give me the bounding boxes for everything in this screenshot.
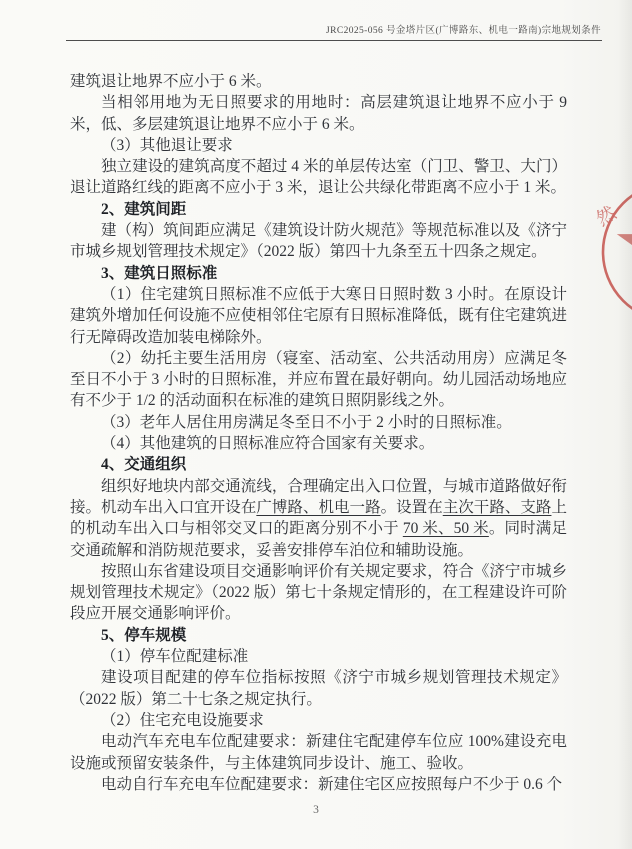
text-run: 独立建设的建筑高度不超过 4 米的单层传达室（门卫、警卫、大门）退让道路红线的距… bbox=[70, 158, 567, 196]
paragraph: （2）住宅充电设施要求 bbox=[70, 710, 567, 731]
text-run: （3）老年人居住用房满足冬至日不小于 2 小时的日照标准。 bbox=[101, 414, 512, 431]
document-page: JRC2025-056 号金塔片区(广博路东、机电一路南)宗地规划条件 建筑退让… bbox=[0, 0, 632, 849]
section-heading: 5、停车规模 bbox=[70, 625, 567, 646]
section-heading: 2、建筑间距 bbox=[70, 199, 567, 220]
text-run: （2）住宅充电设施要求 bbox=[101, 712, 264, 729]
text-run: （2）幼托主要生活用房（寝室、活动室、公共活动用房）应满足冬至日不小于 3 小时… bbox=[70, 350, 567, 410]
paragraph: （3）老年人居住用房满足冬至日不小于 2 小时的日照标准。 bbox=[70, 412, 567, 433]
text-run: 3、建筑日照标准 bbox=[101, 265, 217, 282]
paragraph: （3）其他退让要求 bbox=[70, 135, 567, 156]
paragraph: 当相邻用地为无日照要求的用地时：高层建筑退让地界不应小于 9 米，低、多层建筑退… bbox=[70, 92, 567, 135]
paragraph: （2）幼托主要生活用房（寝室、活动室、公共活动用房）应满足冬至日不小于 3 小时… bbox=[70, 348, 567, 412]
underlined-text: 广博路、机电一路 bbox=[256, 499, 380, 516]
underlined-text: 70 米、50 米 bbox=[403, 520, 489, 537]
header-rule bbox=[66, 40, 602, 41]
header-title: JRC2025-056 号金塔片区(广博路东、机电一路南)宗地规划条件 bbox=[326, 22, 601, 36]
text-run: 当相邻用地为无日照要求的用地时：高层建筑退让地界不应小于 9 米，低、多层建筑退… bbox=[70, 94, 567, 132]
paragraph: 电动自行车充电车位配建要求：新建住宅区应按照每户不少于 0.6 个 bbox=[70, 774, 567, 795]
text-run: （4）其他建筑的日照标准应符合国家有关要求。 bbox=[101, 435, 434, 452]
paragraph: 建设项目配建的停车位指标按照《济宁市城乡规划管理技术规定》（2022 版）第二十… bbox=[70, 667, 567, 710]
text-run: 建设项目配建的停车位指标按照《济宁市城乡规划管理技术规定》（2022 版）第二十… bbox=[70, 669, 567, 707]
text-run: 。设置在 bbox=[381, 499, 443, 516]
paragraph: 按照山东省建设项目交通影响评价有关规定要求，符合《济宁市城乡规划管理技术规定》（… bbox=[70, 561, 567, 625]
underlined-text: 主次干路、支路 bbox=[443, 499, 552, 516]
paragraph: 建（构）筑间距应满足《建筑设计防火规范》等规范标准以及《济宁市城乡规划管理技术规… bbox=[70, 220, 567, 263]
text-run: 建（构）筑间距应满足《建筑设计防火规范》等规范标准以及《济宁市城乡规划管理技术规… bbox=[70, 222, 567, 260]
text-run: 2、建筑间距 bbox=[101, 201, 186, 218]
paragraph: 组织好地块内部交通流线，合理确定出入口位置，与城市道路做好衔接。机动车出入口宜开… bbox=[70, 476, 567, 561]
text-run: （1）住宅建筑日照标准不应低于大寒日日照时数 3 小时。在原设计建筑外增加任何设… bbox=[70, 286, 567, 346]
text-run: 按照山东省建设项目交通影响评价有关规定要求，符合《济宁市城乡规划管理技术规定》（… bbox=[70, 563, 567, 623]
text-run: 电动汽车充电车位配建要求：新建住宅配建停车位应 100%建设充电设施或预留安装条… bbox=[70, 733, 567, 771]
text-run: 建筑退让地界不应小于 6 米。 bbox=[70, 73, 272, 90]
paragraph: （1）停车位配建标准 bbox=[70, 646, 567, 667]
text-run: 5、停车规模 bbox=[101, 627, 186, 644]
paragraph: 电动汽车充电车位配建要求：新建住宅配建停车位应 100%建设充电设施或预留安装条… bbox=[70, 731, 567, 774]
page-number: 3 bbox=[0, 804, 632, 816]
text-run: 4、交通组织 bbox=[101, 456, 186, 473]
section-heading: 3、建筑日照标准 bbox=[70, 263, 567, 284]
document-body: 建筑退让地界不应小于 6 米。当相邻用地为无日照要求的用地时：高层建筑退让地界不… bbox=[70, 71, 567, 795]
scan-edge-shade bbox=[618, 0, 632, 849]
text-run: （3）其他退让要求 bbox=[101, 137, 233, 154]
text-run: （1）停车位配建标准 bbox=[101, 648, 248, 665]
text-run: 电动自行车充电车位配建要求：新建住宅区应按照每户不少于 0.6 个 bbox=[101, 776, 562, 793]
paragraph: （4）其他建筑的日照标准应符合国家有关要求。 bbox=[70, 433, 567, 454]
section-heading: 4、交通组织 bbox=[70, 454, 567, 475]
paragraph: 建筑退让地界不应小于 6 米。 bbox=[70, 71, 567, 92]
paragraph: 独立建设的建筑高度不超过 4 米的单层传达室（门卫、警卫、大门）退让道路红线的距… bbox=[70, 156, 567, 199]
paragraph: （1）住宅建筑日照标准不应低于大寒日日照时数 3 小时。在原设计建筑外增加任何设… bbox=[70, 284, 567, 348]
